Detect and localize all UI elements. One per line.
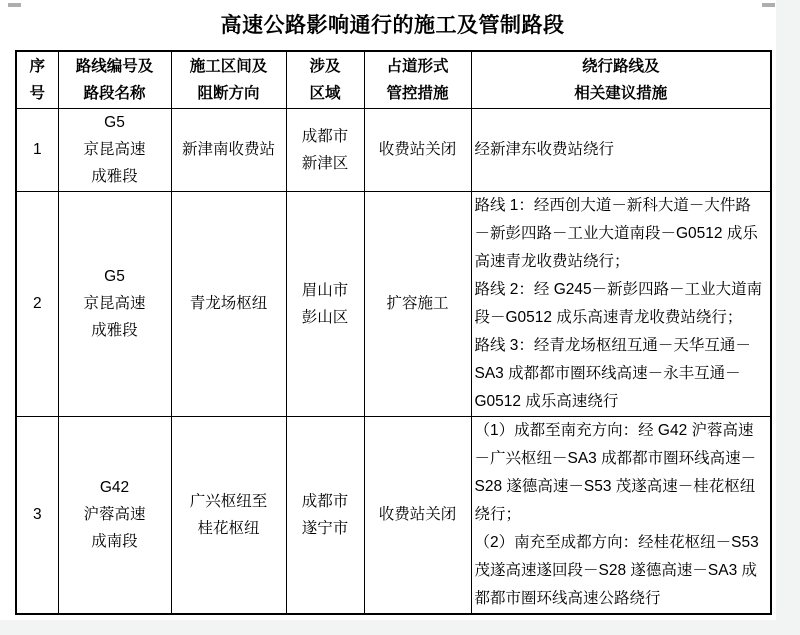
row3-control: 收费站关闭	[364, 416, 471, 614]
row2-area: 眉山市 彭山区	[286, 191, 364, 416]
roadwork-table: 序 号 路线编号及 路段名称 施工区间及 阻断方向 涉及 区域 占道形式 管控措…	[15, 50, 772, 615]
row1-section: 新津南收费站	[171, 108, 286, 191]
header-control: 占道形式 管控措施	[364, 51, 471, 108]
row2-route: G5 京昆高速 成雅段	[58, 191, 171, 416]
table-row: 2 G5 京昆高速 成雅段 青龙场枢纽 眉山市 彭山区 扩容施工 路线 1：经西…	[16, 191, 771, 416]
row1-control: 收费站关闭	[364, 108, 471, 191]
row3-detour: （1）成都至南充方向：经 G42 沪蓉高速 －广兴枢纽－SA3 成都都市圈环线高…	[471, 416, 771, 614]
row2-control: 扩容施工	[364, 191, 471, 416]
row1-area: 成都市 新津区	[286, 108, 364, 191]
table-header-row: 序 号 路线编号及 路段名称 施工区间及 阻断方向 涉及 区域 占道形式 管控措…	[16, 51, 771, 108]
header-index: 序 号	[16, 51, 58, 108]
screenshot-root: { "page": { "title": "高速公路影响通行的施工及管制路段" …	[0, 0, 800, 635]
table-row: 1 G5 京昆高速 成雅段 新津南收费站 成都市 新津区 收费站关闭 经新津东收…	[16, 108, 771, 191]
header-area: 涉及 区域	[286, 51, 364, 108]
row1-index: 1	[16, 108, 58, 191]
header-detour: 绕行路线及 相关建议措施	[471, 51, 771, 108]
header-route: 路线编号及 路段名称	[58, 51, 171, 108]
row3-index: 3	[16, 416, 58, 614]
table-row: 3 G42 沪蓉高速 成南段 广兴枢纽至 桂花枢纽 成都市 遂宁市 收费站关闭 …	[16, 416, 771, 614]
row3-route: G42 沪蓉高速 成南段	[58, 416, 171, 614]
row2-detour: 路线 1：经西创大道－新科大道－大件路 －新彭四路－工业大道南段－G0512 成…	[471, 191, 771, 416]
row3-area: 成都市 遂宁市	[286, 416, 364, 614]
row1-route: G5 京昆高速 成雅段	[58, 108, 171, 191]
row3-section: 广兴枢纽至 桂花枢纽	[171, 416, 286, 614]
row1-detour: 经新津东收费站绕行	[471, 108, 771, 191]
row2-index: 2	[16, 191, 58, 416]
header-section: 施工区间及 阻断方向	[171, 51, 286, 108]
page-corner-mark-left	[8, 3, 21, 7]
page-corner-mark-right	[762, 3, 775, 7]
row2-section: 青龙场枢纽	[171, 191, 286, 416]
document-title: 高速公路影响通行的施工及管制路段	[15, 9, 770, 39]
